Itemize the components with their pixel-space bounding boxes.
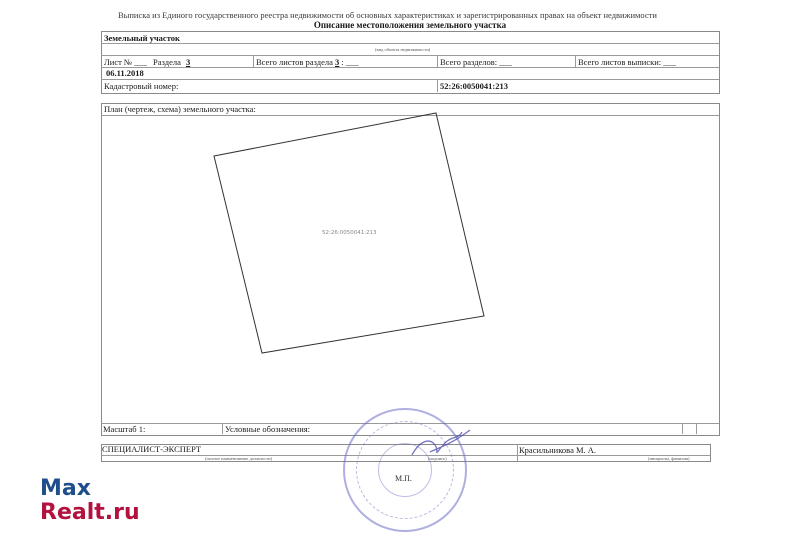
signature-icon [0, 0, 800, 549]
watermark-line1: Max [40, 477, 140, 501]
watermark-logo: Max Realt.ru [40, 477, 140, 525]
watermark-line2: Realt.ru [40, 501, 140, 525]
